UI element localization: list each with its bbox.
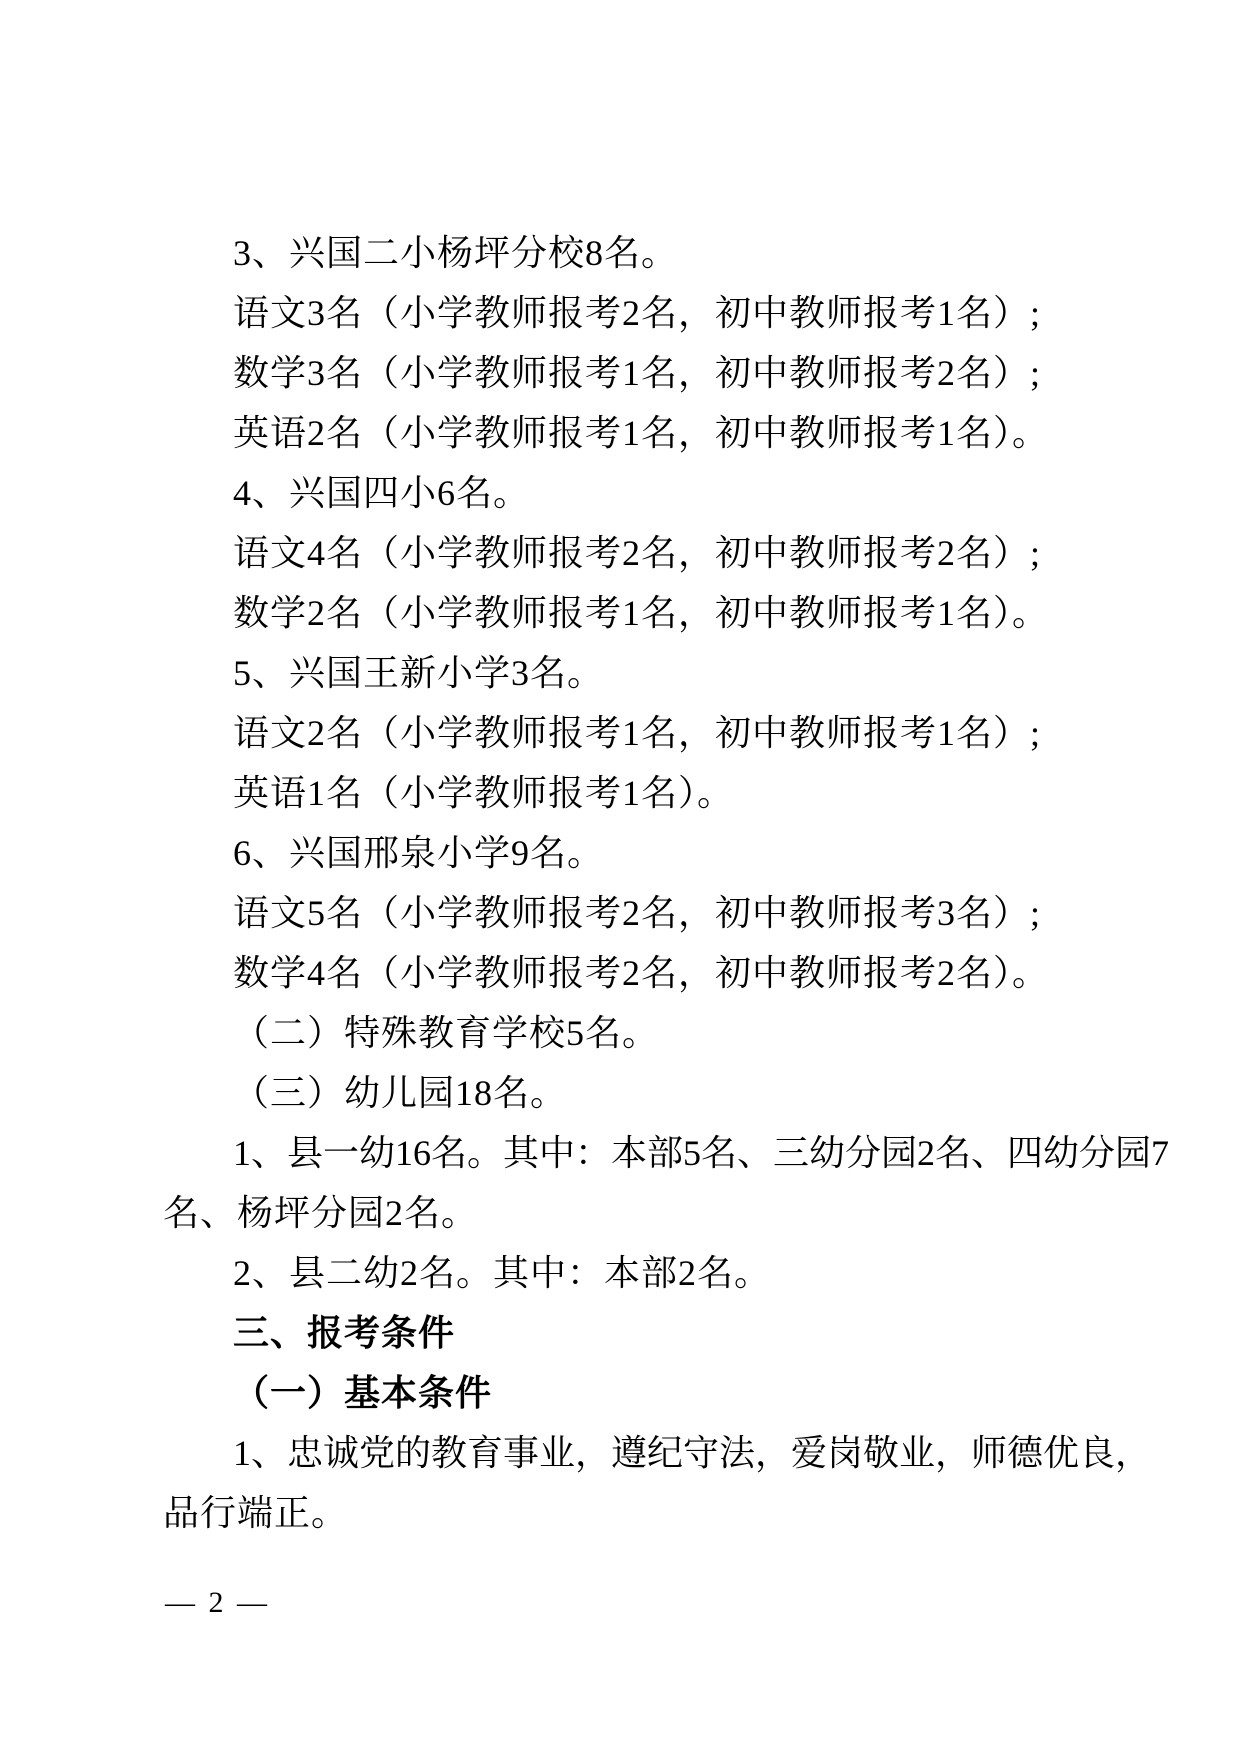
paragraph-school-5: 5、兴国王新小学3名。 xyxy=(163,643,1088,703)
paragraph-subject-line: 语文3名（小学教师报考2名，初中教师报考1名）; xyxy=(163,283,1088,343)
paragraph-special-school: （二）特殊教育学校5名。 xyxy=(163,1003,1088,1063)
paragraph-subject-line: 数学4名（小学教师报考2名，初中教师报考2名）。 xyxy=(163,943,1088,1003)
document-body: 3、兴国二小杨坪分校8名。 语文3名（小学教师报考2名，初中教师报考1名）; 数… xyxy=(163,223,1088,1543)
page-number: — 2 — xyxy=(165,1580,270,1626)
section-heading-conditions: 三、报考条件 xyxy=(163,1303,1088,1363)
subsection-heading-basic: （一）基本条件 xyxy=(163,1363,1088,1423)
paragraph-subject-line: 语文4名（小学教师报考2名，初中教师报考2名）; xyxy=(163,523,1088,583)
paragraph-subject-line: 数学2名（小学教师报考1名，初中教师报考1名）。 xyxy=(163,583,1088,643)
paragraph-kindergarten-1: 1、县一幼16名。其中：本部5名、三幼分园2名、四幼分园7 xyxy=(163,1123,1088,1183)
paragraph-school-3: 3、兴国二小杨坪分校8名。 xyxy=(163,223,1088,283)
paragraph-school-4: 4、兴国四小6名。 xyxy=(163,463,1088,523)
paragraph-continuation: 名、杨坪分园2名。 xyxy=(163,1183,1088,1243)
paragraph-kindergarten: （三）幼儿园18名。 xyxy=(163,1063,1088,1123)
paragraph-kindergarten-2: 2、县二幼2名。其中：本部2名。 xyxy=(163,1243,1088,1303)
paragraph-subject-line: 数学3名（小学教师报考1名，初中教师报考2名）; xyxy=(163,343,1088,403)
paragraph-condition-1: 1、忠诚党的教育事业，遵纪守法，爱岗敬业，师德优良， xyxy=(163,1423,1088,1483)
paragraph-subject-line: 英语2名（小学教师报考1名，初中教师报考1名）。 xyxy=(163,403,1088,463)
document-page: 3、兴国二小杨坪分校8名。 语文3名（小学教师报考2名，初中教师报考1名）; 数… xyxy=(0,0,1241,1755)
paragraph-subject-line: 语文5名（小学教师报考2名，初中教师报考3名）; xyxy=(163,883,1088,943)
paragraph-school-6: 6、兴国邢泉小学9名。 xyxy=(163,823,1088,883)
paragraph-subject-line: 英语1名（小学教师报考1名）。 xyxy=(163,763,1088,823)
paragraph-subject-line: 语文2名（小学教师报考1名，初中教师报考1名）; xyxy=(163,703,1088,763)
paragraph-continuation: 品行端正。 xyxy=(163,1483,1088,1543)
